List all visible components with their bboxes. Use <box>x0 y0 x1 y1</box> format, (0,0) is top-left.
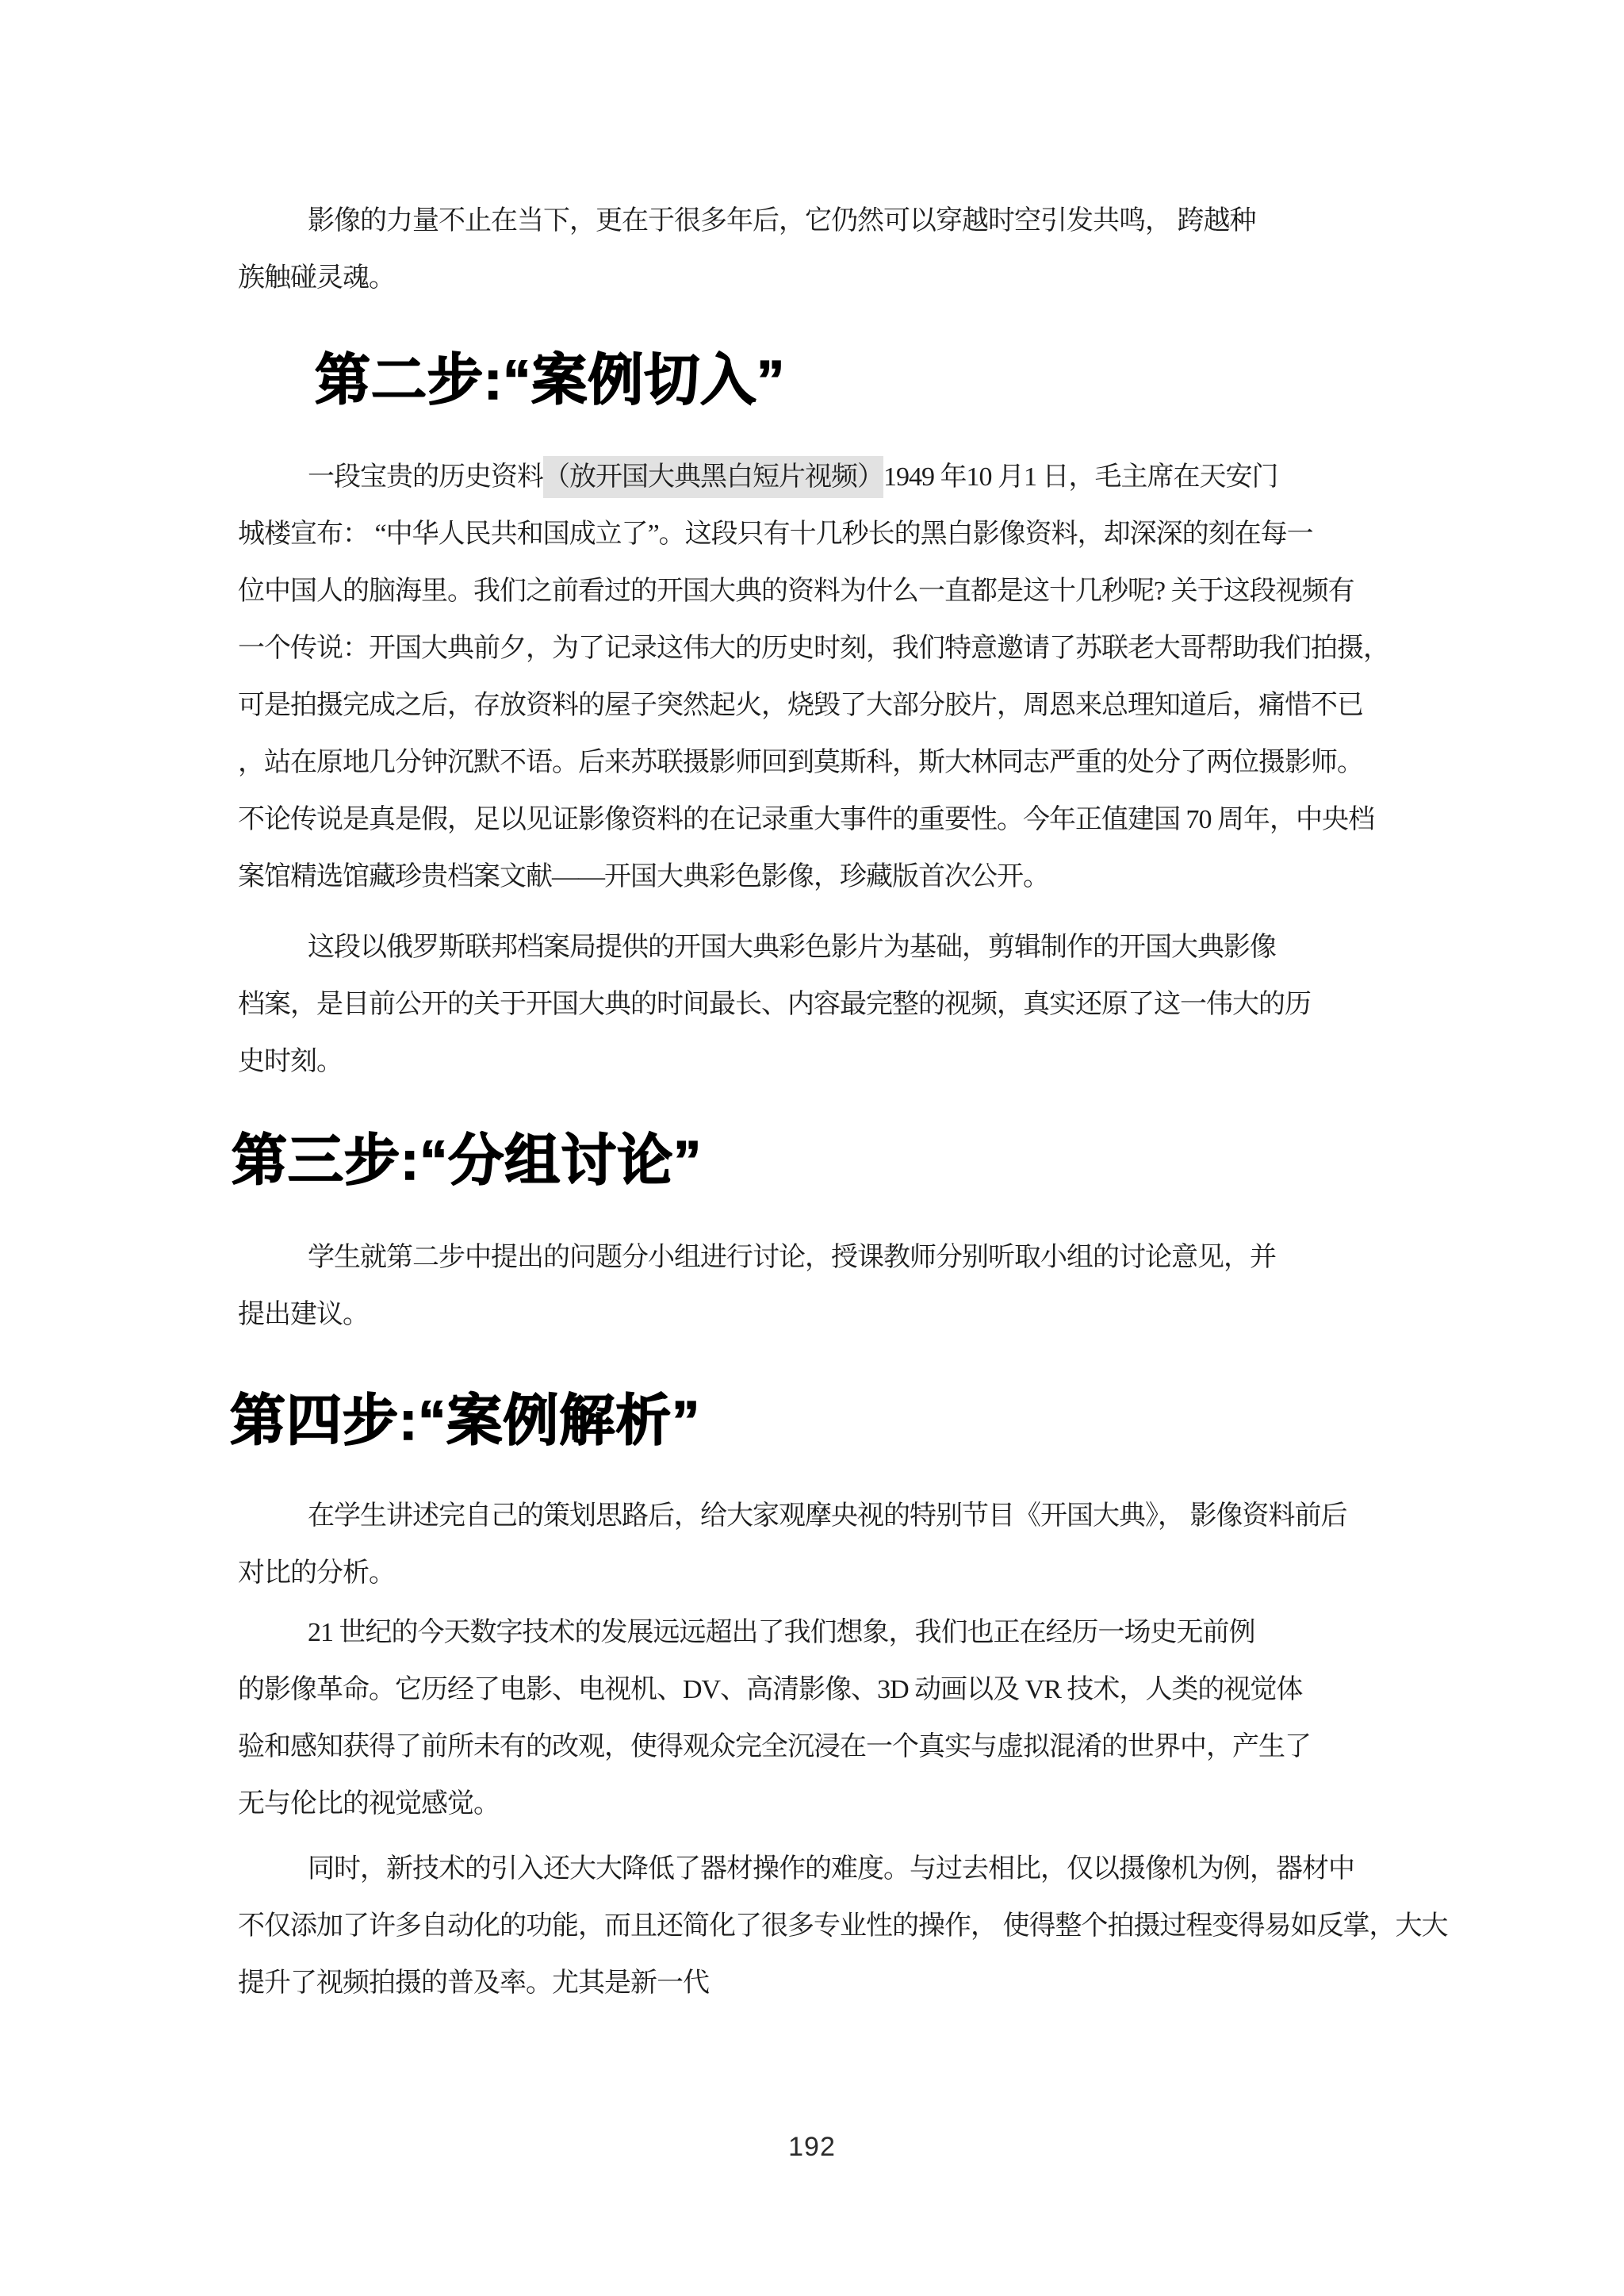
paragraph-intro: 影像的力量不止在当下，更在于很多年后，它仍然可以穿越时空引发共鸣， 跨越种 族触… <box>238 193 1411 307</box>
heading-step4: 第四步:“案例解析” <box>230 1389 700 1451</box>
text-line: 不论传说是真是假，足以见证影像资料的在记录重大事件的重要性。今年正值建国 70 … <box>238 792 1411 849</box>
text-line: 无与伦比的视觉感觉。 <box>238 1776 1411 1833</box>
highlighted-text: （放开国大典黑白短片视频） <box>543 456 883 498</box>
text-line: 不仅添加了许多自动化的功能，而且还简化了很多专业性的操作， 使得整个拍摄过程变得… <box>238 1898 1411 1955</box>
text-line: 对比的分析。 <box>238 1545 1411 1602</box>
text-line: 案馆精选馆藏珍贵档案文献——开国大典彩色影像，珍藏版首次公开。 <box>238 849 1411 906</box>
text-line: 族触碰灵魂。 <box>238 250 1411 307</box>
paragraph-case-lead: 一段宝贵的历史资料（放开国大典黑白短片视频）1949 年10 月1 日，毛主席在… <box>238 449 1411 906</box>
text-line: 史时刻。 <box>238 1033 1411 1091</box>
paragraph-color-film: 这段以俄罗斯联邦档案局提供的开国大典彩色影片为基础，剪辑制作的开国大典影像 档案… <box>238 919 1411 1091</box>
paragraph-discussion: 学生就第二步中提出的问题分小组进行讨论，授课教师分别听取小组的讨论意见，并 提出… <box>238 1229 1411 1343</box>
text-line: 档案，是目前公开的关于开国大典的时间最长、内容最完整的视频，真实还原了这一伟大的… <box>238 976 1411 1033</box>
text-line: 城楼宣布： “中华人民共和国成立了”。这段只有十几秒长的黑白影像资料，却深深的刻… <box>238 506 1411 563</box>
text-line: 这段以俄罗斯联邦档案局提供的开国大典彩色影片为基础，剪辑制作的开国大典影像 <box>238 919 1411 976</box>
text-line: 在学生讲述完自己的策划思路后，给大家观摩央视的特别节目《开国大典》， 影像资料前… <box>238 1488 1411 1545</box>
text-line: 的影像革命。它历经了电影、电视机、DV、高清影像、3D 动画以及 VR 技术，人… <box>238 1662 1411 1719</box>
text-line: 21 世纪的今天数字技术的发展远远超出了我们想象，我们也正在经历一场史无前例 <box>238 1604 1411 1662</box>
document-page: 影像的力量不止在当下，更在于很多年后，它仍然可以穿越时空引发共鸣， 跨越种 族触… <box>0 0 1624 2296</box>
paragraph-analysis: 在学生讲述完自己的策划思路后，给大家观摩央视的特别节目《开国大典》， 影像资料前… <box>238 1488 1411 1602</box>
text-line: 同时，新技术的引入还大大降低了器材操作的难度。与过去相比，仅以摄像机为例，器材中 <box>238 1841 1411 1898</box>
text-line: 影像的力量不止在当下，更在于很多年后，它仍然可以穿越时空引发共鸣， 跨越种 <box>238 193 1411 250</box>
text-line: 验和感知获得了前所未有的改观，使得观众完全沉浸在一个真实与虚拟混淆的世界中，产生… <box>238 1719 1411 1776</box>
paragraph-digital: 21 世纪的今天数字技术的发展远远超出了我们想象，我们也正在经历一场史无前例 的… <box>238 1604 1411 1833</box>
paragraph-tech: 同时，新技术的引入还大大降低了器材操作的难度。与过去相比，仅以摄像机为例，器材中… <box>238 1841 1411 2012</box>
heading-step3: 第三步:“分组讨论” <box>232 1129 702 1191</box>
text-line-highlighted: 一段宝贵的历史资料（放开国大典黑白短片视频）1949 年10 月1 日，毛主席在… <box>238 449 1411 506</box>
highlight-post-text: 1949 年10 月1 日，毛主席在天安门 <box>883 462 1278 492</box>
text-line: 一个传说：开国大典前夕，为了记录这伟大的历史时刻，我们特意邀请了苏联老大哥帮助我… <box>238 620 1411 677</box>
page-number: 192 <box>0 2132 1624 2163</box>
heading-step2: 第二步:“案例切入” <box>315 349 785 411</box>
text-line: 位中国人的脑海里。我们之前看过的开国大典的资料为什么一直都是这十几秒呢? 关于这… <box>238 563 1411 620</box>
text-line: 学生就第二步中提出的问题分小组进行讨论，授课教师分别听取小组的讨论意见，并 <box>238 1229 1411 1286</box>
text-line: 提出建议。 <box>238 1286 1411 1343</box>
highlight-pre-text: 一段宝贵的历史资料 <box>308 462 543 492</box>
text-line: 可是拍摄完成之后，存放资料的屋子突然起火，烧毁了大部分胶片，周恩来总理知道后，痛… <box>238 677 1411 734</box>
text-line: ，站在原地几分钟沉默不语。后来苏联摄影师回到莫斯科，斯大林同志严重的处分了两位摄… <box>238 734 1411 792</box>
text-line: 提升了视频拍摄的普及率。尤其是新一代 <box>238 1955 1411 2012</box>
